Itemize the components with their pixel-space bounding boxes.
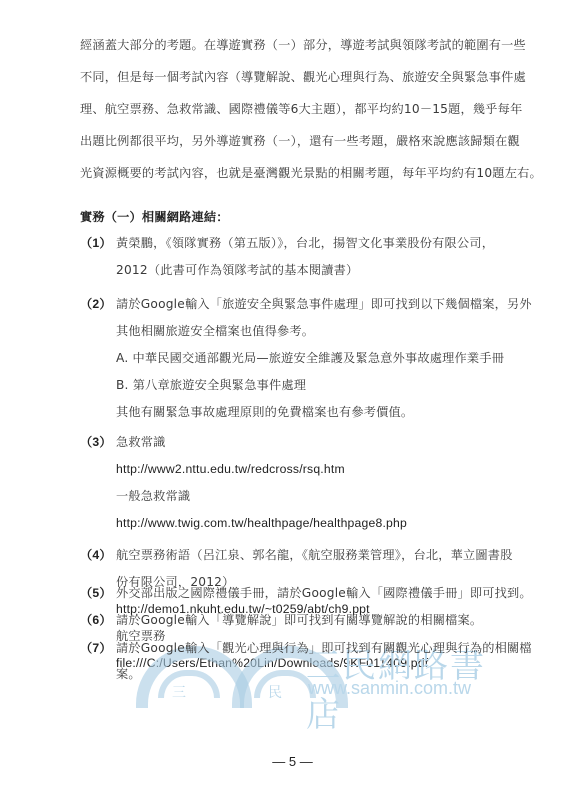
item-line: B. 第八章旅遊安全與緊急事件處理 [116,377,306,393]
item-line: A. 中華民國交通部觀光局—旅遊安全維護及緊急意外事故處理作業手冊 [116,350,504,366]
paragraph-line: 理、航空票務、急救常識、國際禮儀等6大主題），都平均約10－15題，幾乎每年 [80,101,522,117]
item-number: （5） [80,585,112,601]
item-number: （3） [80,434,112,450]
paragraph-line: 不同，但是每一個考試內容（導覽解說、觀光心理與行為、旅遊安全與緊急事件處 [80,69,526,85]
document-page: 經涵蓋大部分的考題。在導遊實務（一）部分，導遊考試與領隊考試的範圍有一些 不同，… [0,0,585,800]
item-line: 2012（此書可作為領隊考試的基本閱讀書） [116,262,358,278]
section-heading: 實務（一）相關網路連結： [80,209,229,225]
item-number: （6） [80,612,112,628]
item-line: 黃榮鵬，《領隊實務（第五版）》，台北，揚智文化事業股份有限公司， [116,235,494,251]
item-number: （2） [80,296,112,312]
page-number: — 5 — [0,754,585,769]
watermark-url: www.sanmin.com.tw [308,678,471,699]
item-line: 請於Google輸入「觀光心理與行為」即可找到有關觀光心理與行為的相關檔 [116,640,532,656]
paragraph-line: 出題比例都很平均，另外導遊實務（一），還有一些考題，嚴格來說應該歸類在觀 [80,133,520,149]
watermark-char-right: 民 [268,682,282,702]
link-url[interactable]: file:///C:/Users/Ethan%20Lin/Downloads/9… [116,655,428,671]
item-number: （7） [80,640,112,656]
paragraph-line: 光資源概要的考試內容，也就是臺灣觀光景點的相關考題，每年平均約有10題左右。 [80,165,542,181]
watermark-char-left: 三 [172,682,186,702]
item-line: 案。 [116,666,141,682]
item-line: 其他有關緊急事故處理原則的免費檔案也有參考價值。 [116,404,413,420]
item-number: （1） [80,235,112,251]
link-url[interactable]: http://www2.nttu.edu.tw/redcross/rsq.htm [116,461,345,477]
item-line: 航空票務術語（呂江泉、郭名龍，《航空服務業管理》，台北，華立圖書股 [116,547,513,563]
item-line: 急救常識 [116,434,166,450]
paragraph-line: 經涵蓋大部分的考題。在導遊實務（一）部分，導遊考試與領隊考試的範圍有一些 [80,37,526,53]
item-line: 請於Google輸入「旅遊安全與緊急事件處理」即可找到以下幾個檔案，另外 [116,296,532,312]
item-line: 一般急救常識 [116,488,190,504]
item-line: 其他相關旅遊安全檔案也值得參考。 [116,323,314,339]
item-line: 請於Google輸入「導覽解說」即可找到有關導覽解說的相關檔案。 [116,612,482,628]
item-line: 外交部出版之國際禮儀手冊，請於Google輸入「國際禮儀手冊」即可找到。 [116,585,532,601]
item-number: （4） [80,547,112,563]
link-url[interactable]: http://www.twig.com.tw/healthpage/health… [116,515,407,531]
